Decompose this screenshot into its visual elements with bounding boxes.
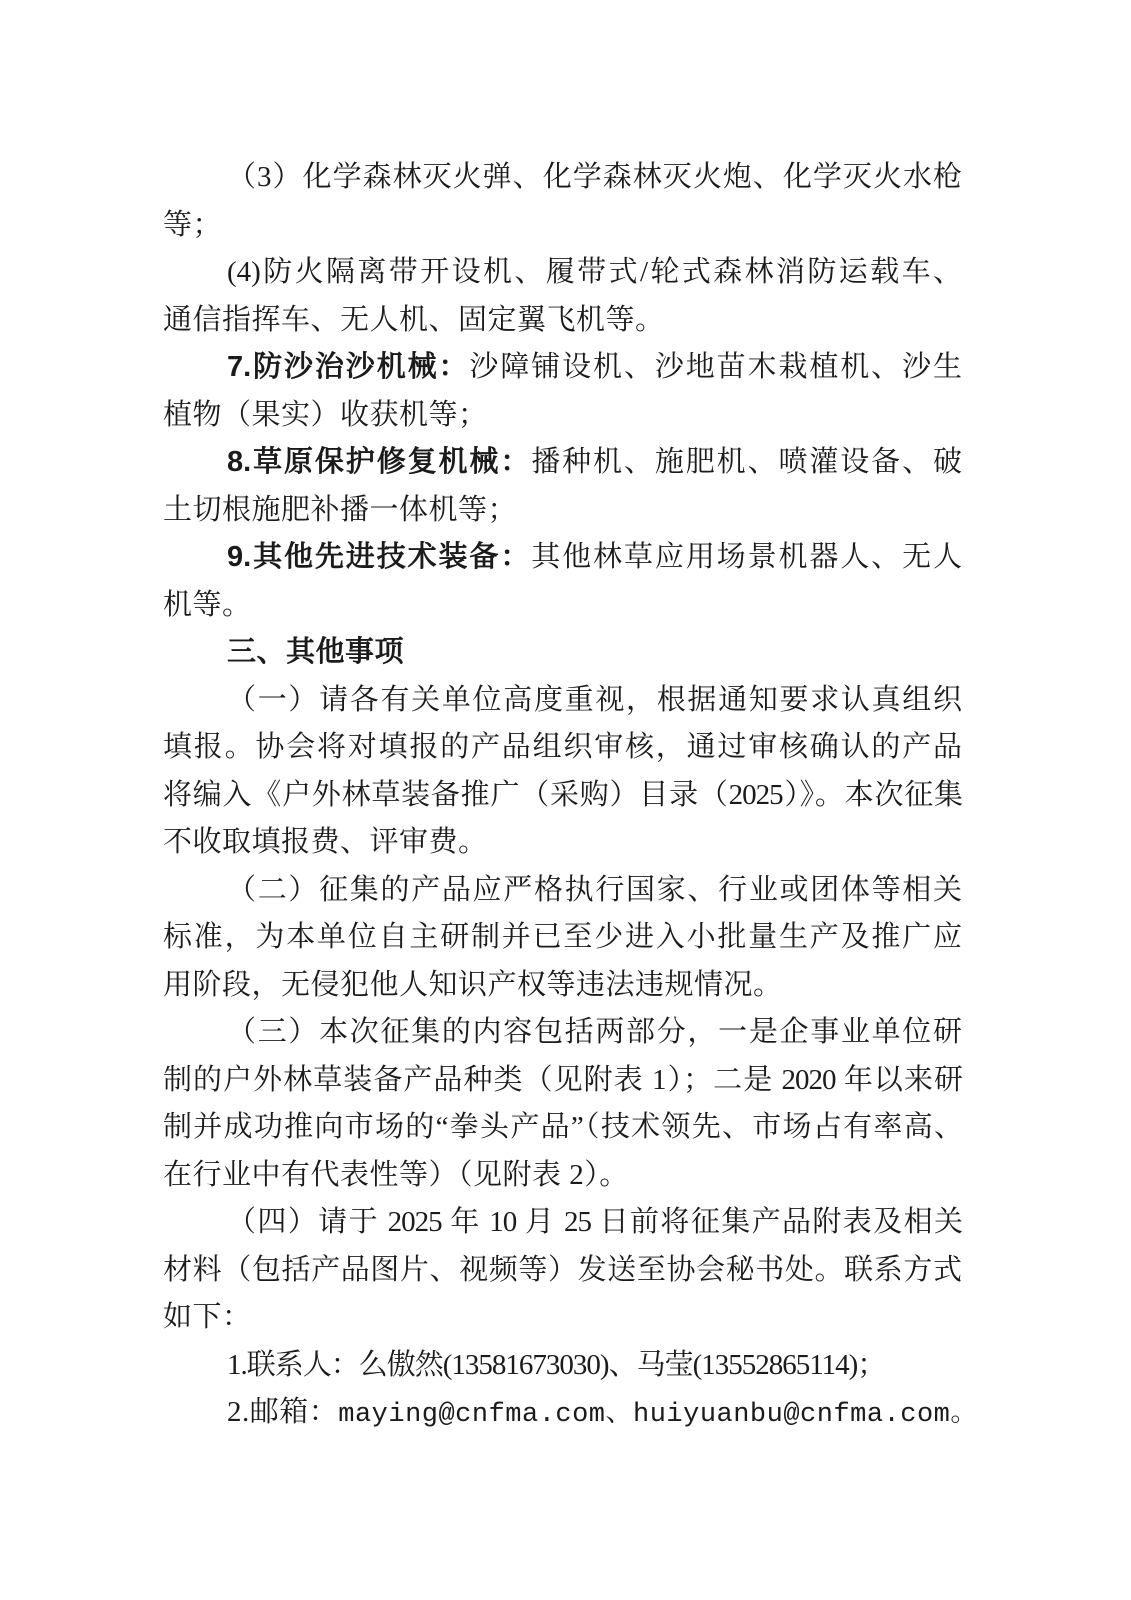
text-segment: 其他林草应用场景机器人、无人 [531,541,962,573]
text-segment: （一）请各有关单位高度重视，根据通知要求认真组织 [227,684,962,716]
text-line: 9.其他先进技术装备：其他林草应用场景机器人、无人 [163,534,962,582]
text-line: 机等。 [163,582,962,630]
text-segment: （3）化学森林灭火弹、化学森林灭火炮、化学灭火水枪 [227,161,962,193]
text-segment: （四）请于 2025 年 10 月 25 日前将征集产品附表及相关 [227,1206,962,1238]
text-line: （三）本次征集的内容包括两部分，一是企事业单位研 [163,1009,962,1057]
text-line: (4)防火隔离带开设机、履带式/轮式森林消防运载车、 [163,249,962,297]
text-segment: 播种机、施肥机、喷灌设备、破 [531,446,962,478]
text-segment: 土切根施肥补播一体机等； [163,494,517,526]
text-segment: 材料（包括产品图片、视频等）发送至协会秘书处。联系方式 [163,1254,962,1286]
text-segment: 填报。协会将对填报的产品组织审核，通过审核确认的产品 [163,731,962,763]
text-segment: 制的户外林草装备产品种类（见附表 1）；二是 2020 年以来研 [163,1064,962,1096]
text-line: 制并成功推向市场的“拳头产品”（技术领先、市场占有率高、 [163,1104,962,1152]
text-line: 植物（果实）收获机等； [163,392,962,440]
text-segment: 不收取填报费、评审费。 [163,826,488,858]
text-segment: 1.联系人：么傲然(13581673030)、马莹(13552865114)； [227,1349,885,1381]
text-line: 将编入《户外林草装备推广（采购）目录（2025）》。本次征集 [163,772,962,820]
document-page: （3）化学森林灭火弹、化学森林灭火炮、化学灭火水枪等；(4)防火隔离带开设机、履… [0,0,1131,1600]
text-line: 三、其他事项 [163,629,962,677]
text-segment: 2.邮箱： [227,1396,338,1428]
text-line: （3）化学森林灭火弹、化学森林灭火炮、化学灭火水枪 [163,154,962,202]
text-segment: 制并成功推向市场的“拳头产品”（技术领先、市场占有率高、 [163,1111,962,1143]
text-segment: 通信指挥车、无人机、固定翼飞机等。 [163,304,665,336]
text-line: 1.联系人：么傲然(13581673030)、马莹(13552865114)； [163,1342,962,1390]
text-line: 土切根施肥补播一体机等； [163,487,962,535]
text-segment: （三）本次征集的内容包括两部分，一是企事业单位研 [227,1016,962,1048]
text-segment: (4)防火隔离带开设机、履带式/轮式森林消防运载车、 [227,256,962,288]
text-segment: 如下： [163,1301,252,1333]
text-line: 通信指挥车、无人机、固定翼飞机等。 [163,297,962,345]
bold-text-segment: 8.草原保护修复机械： [227,446,531,478]
text-segment: 标准，为本单位自主研制并已至少进入小批量生产及推广应 [163,921,962,953]
text-line: 填报。协会将对填报的产品组织审核，通过审核确认的产品 [163,724,962,772]
text-line: 不收取填报费、评审费。 [163,819,962,867]
text-line: （二）征集的产品应严格执行国家、行业或团体等相关 [163,867,962,915]
text-segment: 植物（果实）收获机等； [163,399,488,431]
text-line: （四）请于 2025 年 10 月 25 日前将征集产品附表及相关 [163,1199,962,1247]
text-line: 等； [163,202,962,250]
bold-text-segment: 9.其他先进技术装备： [227,541,531,573]
text-line: 8.草原保护修复机械：播种机、施肥机、喷灌设备、破 [163,439,962,487]
text-line: 在行业中有代表性等）（见附表 2）。 [163,1152,962,1200]
text-line: 7.防沙治沙机械：沙障铺设机、沙地苗木栽植机、沙生 [163,344,962,392]
text-line: 如下： [163,1294,962,1342]
text-segment: 将编入《户外林草装备推广（采购）目录（2025）》。本次征集 [163,779,962,811]
text-segment: 沙障铺设机、沙地苗木栽植机、沙生 [469,351,962,383]
text-segment: （二）征集的产品应严格执行国家、行业或团体等相关 [227,874,962,906]
bold-text-segment: 7.防沙治沙机械： [227,351,469,383]
text-line: 标准，为本单位自主研制并已至少进入小批量生产及推广应 [163,914,962,962]
text-line: 用阶段，无侵犯他人知识产权等违法违规情况。 [163,962,962,1010]
text-segment: 等； [163,209,222,241]
text-segment: 机等。 [163,589,252,621]
text-segment: 用阶段，无侵犯他人知识产权等违法违规情况。 [163,969,783,1001]
text-line: （一）请各有关单位高度重视，根据通知要求认真组织 [163,677,962,725]
text-line: 2.邮箱：maying@cnfma.com、huiyuanbu@cnfma.co… [163,1389,962,1437]
bold-text-segment: 三、其他事项 [227,636,404,668]
text-line: 材料（包括产品图片、视频等）发送至协会秘书处。联系方式 [163,1247,962,1295]
document-body: （3）化学森林灭火弹、化学森林灭火炮、化学灭火水枪等；(4)防火隔离带开设机、履… [163,154,962,1437]
text-line: 制的户外林草装备产品种类（见附表 1）；二是 2020 年以来研 [163,1057,962,1105]
text-segment: maying@cnfma.com、huiyuanbu@cnfma.com。 [338,1400,978,1430]
text-segment: 在行业中有代表性等）（见附表 2）。 [163,1159,629,1191]
